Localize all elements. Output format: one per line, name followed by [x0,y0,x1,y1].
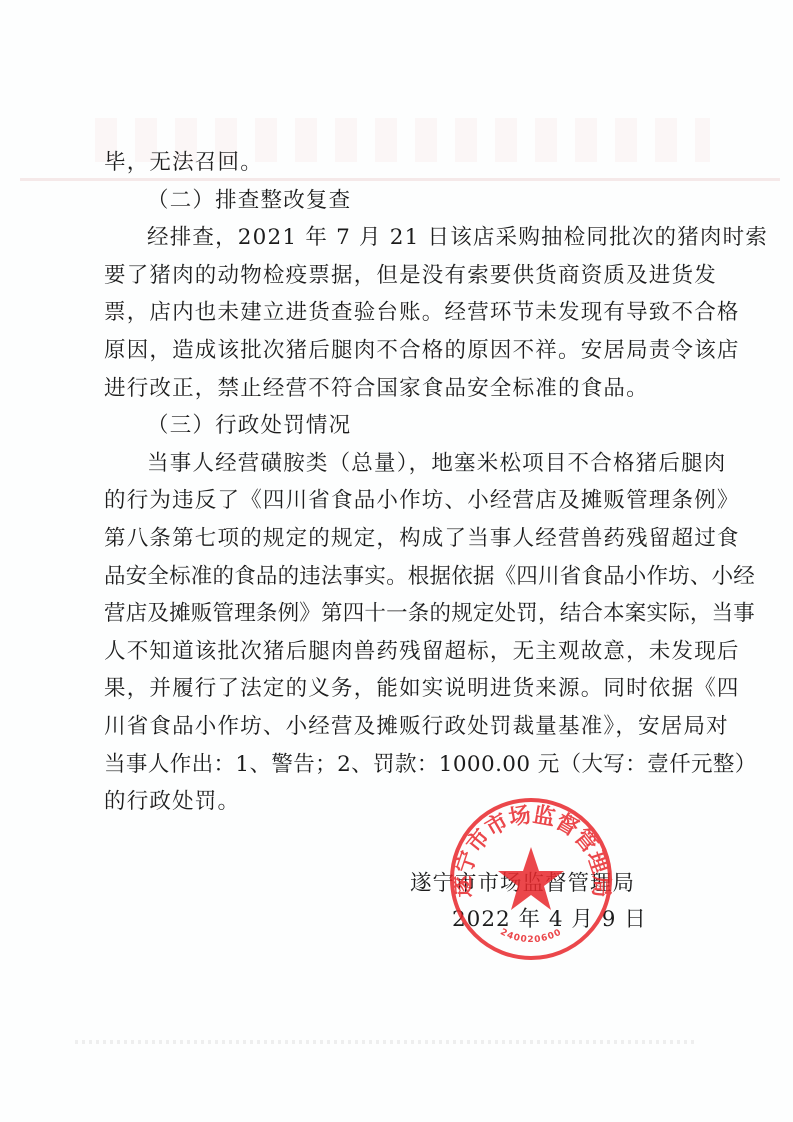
signing-organization: 遂宁市市场监督管理局 [410,866,650,902]
section-heading-2: （二）排查整改复查 [104,182,704,220]
paragraph-line: 的行为违反了《四川省食品小作坊、小经营店及摊贩管理条例》 [104,482,704,520]
paragraph-line: 原因，造成该批次猪后腿肉不合格的原因不祥。安居局责令该店 [104,332,704,370]
paragraph-line: 的行政处罚。 [104,783,704,821]
paragraph-line: 人不知道该批次猪后腿肉兽药残留超标，无主观故意，未发现后 [104,633,704,671]
paragraph-line: 品安全标准的食品的违法事实。根据依据《四川省食品小作坊、小经 [104,558,704,596]
paragraph-line: 当事人作出：1、警告；2、罚款：1000.00 元（大写：壹仟元整） [104,746,704,784]
paragraph-line: 毕，无法召回。 [104,144,704,182]
paragraph-line: 要了猪肉的动物检疫票据，但是没有索要供货商资质及进货发 [104,257,704,295]
paragraph-line: 票，店内也未建立进货查验台账。经营环节未发现有导致不合格 [104,294,704,332]
paragraph-line: 第八条第七项的规定的规定，构成了当事人经营兽药残留超过食 [104,520,704,558]
document-body: 毕，无法召回。 （二）排查整改复查 经排查，2021 年 7 月 21 日该店采… [104,144,704,821]
paragraph-line: 川省食品小作坊、小经营及摊贩行政处罚裁量基准》，安居局对 [104,708,704,746]
paragraph-line: 当事人经营磺胺类（总量），地塞米松项目不合格猪后腿肉 [104,445,704,483]
paragraph-line: 经排查，2021 年 7 月 21 日该店采购抽检同批次的猪肉时索 [104,219,704,257]
section-heading-3: （三）行政处罚情况 [104,407,704,445]
paragraph-line: 果，并履行了法定的义务，能如实说明进货来源。同时依据《四 [104,670,704,708]
signing-date: 2022 年 4 月 9 日 [410,902,650,938]
paragraph-line: 营店及摊贩管理条例》第四十一条的规定处罚，结合本案实际，当事 [104,595,704,633]
signature-block: 遂宁市市场监督管理局 2022 年 4 月 9 日 [410,866,650,938]
scan-artifact-line [75,1040,695,1044]
paragraph-line: 进行改正，禁止经营不符合国家食品安全标准的食品。 [104,370,704,408]
